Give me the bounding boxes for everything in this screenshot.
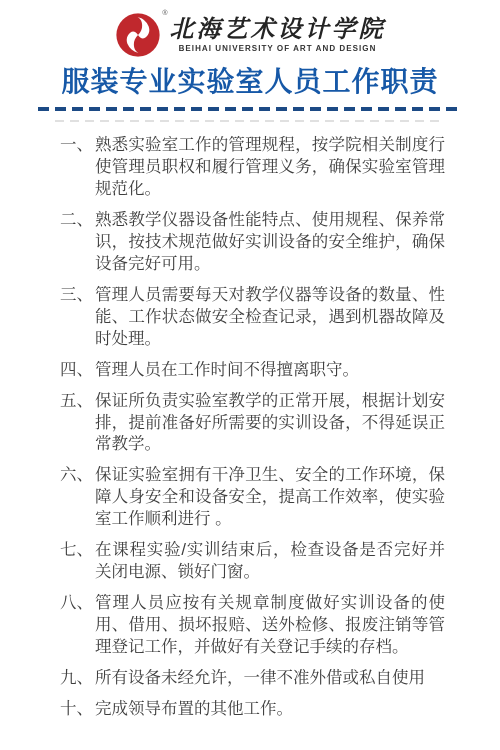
registered-mark: ®: [162, 10, 167, 17]
duty-item: 十、 完成领导布置的其他工作。: [60, 699, 445, 721]
swirl-logo-icon: [115, 12, 161, 58]
university-header: ® 北海艺术设计学院 BEIHAI UNIVERSITY OF ART AND …: [0, 0, 500, 58]
duty-item: 四、 管理人员在工作时间不得擅离职守。: [60, 360, 445, 382]
university-name-cn: 北海艺术设计学院: [170, 16, 386, 42]
duty-item: 二、 熟悉教学仪器设备性能特点、使用规程、保养常识，按技术规范做好实训设备的安全…: [60, 210, 445, 276]
duty-item-number: 一、: [60, 135, 95, 201]
duty-item-number: 八、: [60, 593, 95, 659]
duty-item-text: 保证实验室拥有干净卫生、安全的工作环境，保障人身安全和设备安全，提高工作效率，使…: [95, 465, 445, 531]
divider-dashed-primary: [38, 107, 462, 111]
duty-item-text: 熟悉教学仪器设备性能特点、使用规程、保养常识，按技术规范做好实训设备的安全维护，…: [95, 210, 445, 276]
duty-item: 五、 保证所负责实验室教学的正常开展，根据计划安排，提前准备好所需要的实训设备，…: [60, 391, 445, 457]
document-page: ® 北海艺术设计学院 BEIHAI UNIVERSITY OF ART AND …: [0, 0, 500, 750]
duty-item-text: 管理人员需要每天对教学仪器等设备的数量、性能、工作状态做安全检查记录，遇到机器故…: [95, 285, 445, 351]
duty-list: 一、 熟悉实验室工作的管理规程，按学院相关制度行使管理员职权和履行管理义务，确保…: [60, 135, 445, 721]
university-name-en: BEIHAI UNIVERSITY OF ART AND DESIGN: [179, 44, 377, 53]
duty-item-number: 三、: [60, 285, 95, 351]
duty-item-text: 管理人员在工作时间不得擅离职守。: [95, 360, 445, 382]
duty-item: 三、 管理人员需要每天对教学仪器等设备的数量、性能、工作状态做安全检查记录，遇到…: [60, 285, 445, 351]
duty-item-text: 在课程实验/实训结束后，检查设备是否完好并关闭电源、锁好门窗。: [95, 540, 445, 584]
duty-item-number: 六、: [60, 465, 95, 531]
university-logo: ®: [115, 12, 161, 58]
duty-item-text: 完成领导布置的其他工作。: [95, 699, 445, 721]
duty-item-number: 二、: [60, 210, 95, 276]
duty-item: 九、 所有设备未经允许，一律不准外借或私自使用: [60, 668, 445, 690]
duty-item: 一、 熟悉实验室工作的管理规程，按学院相关制度行使管理员职权和履行管理义务，确保…: [60, 135, 445, 201]
duty-item-text: 熟悉实验室工作的管理规程，按学院相关制度行使管理员职权和履行管理义务，确保实验室…: [95, 135, 445, 201]
duty-item-number: 七、: [60, 540, 95, 584]
duty-item: 六、 保证实验室拥有干净卫生、安全的工作环境，保障人身安全和设备安全，提高工作效…: [60, 465, 445, 531]
duty-item-text: 保证所负责实验室教学的正常开展，根据计划安排，提前准备好所需要的实训设备，不得延…: [95, 391, 445, 457]
university-name-block: 北海艺术设计学院 BEIHAI UNIVERSITY OF ART AND DE…: [170, 16, 386, 53]
duty-item: 七、 在课程实验/实训结束后，检查设备是否完好并关闭电源、锁好门窗。: [60, 540, 445, 584]
page-title: 服装专业实验室人员工作职责: [0, 66, 500, 98]
duty-item-number: 五、: [60, 391, 95, 457]
duty-item-number: 九、: [60, 668, 95, 690]
divider-dashed-secondary: [55, 120, 445, 122]
duty-item-number: 十、: [60, 699, 95, 721]
duty-item: 八、 管理人员应按有关规章制度做好实训设备的使用、借用、损坏报赔、送外检修、报废…: [60, 593, 445, 659]
duty-item-text: 管理人员应按有关规章制度做好实训设备的使用、借用、损坏报赔、送外检修、报废注销等…: [95, 593, 445, 659]
duty-item-text: 所有设备未经允许，一律不准外借或私自使用: [95, 668, 445, 690]
duty-item-number: 四、: [60, 360, 95, 382]
